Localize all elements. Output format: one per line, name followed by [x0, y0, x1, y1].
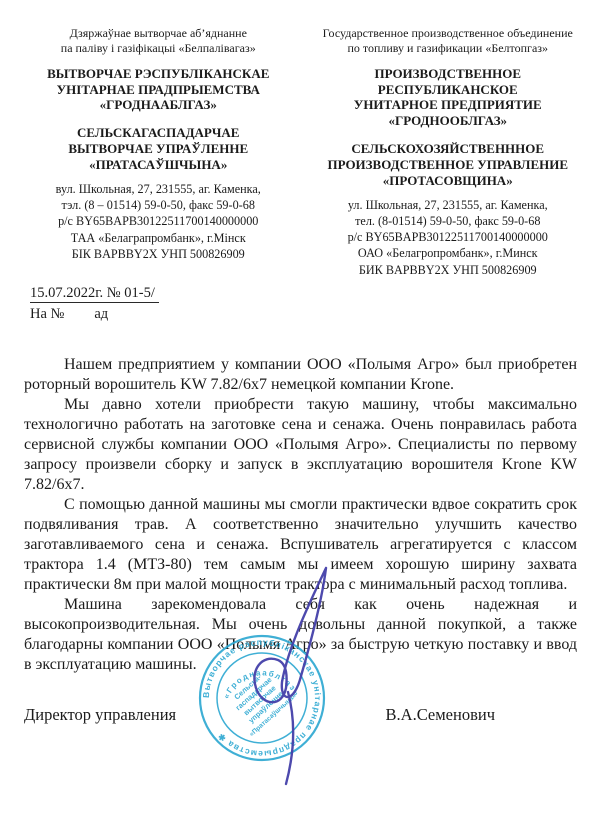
address-line: БИК BAPBBY2X УНП 500826909	[307, 262, 590, 278]
address-line: БІК BAPBBY2X УНП 500826909	[26, 246, 291, 262]
address-line: р/с BY65BAPB30122511700140000000	[307, 229, 590, 245]
letterhead: Дзяржаўнае вытворчае аб’яднанне па палів…	[0, 0, 605, 278]
division-line: ПРОИЗВОДСТВЕННОЕ УПРАВЛЕНИЕ	[307, 157, 590, 173]
address-line: ТАА «Белаграпромбанк», г.Мінск	[26, 230, 291, 246]
signoff-row: Директор управления В.А.Семенович	[24, 705, 577, 725]
division-line: СЕЛЬСКАГАСПАДАРЧАЕ	[26, 125, 291, 141]
reply-suffix: ад	[94, 306, 108, 322]
body-paragraph: Нашем предприятием у компании ООО «Полым…	[24, 355, 577, 395]
body-paragraph: Мы давно хотели приобрести такую машину,…	[24, 395, 577, 495]
address-line: ОАО «Белагропромбанк», г.Минск	[307, 245, 590, 261]
division-line: «ПРАТАСАЎШЧЫНА»	[26, 157, 291, 173]
parent-authority-belarusian: Дзяржаўнае вытворчае аб’яднанне па палів…	[26, 26, 291, 57]
address-line: тел. (8-01514) 59-0-50, факс 59-0-68	[307, 213, 590, 229]
address-line: ул. Школьная, 27, 231555, аг. Каменка,	[307, 197, 590, 213]
letterhead-left-column: Дзяржаўнае вытворчае аб’яднанне па палів…	[0, 26, 303, 278]
reply-prefix: На №	[30, 306, 64, 322]
organization-name-russian: ПРОИЗВОДСТВЕННОЕ РЕСПУБЛИКАНСКОЕ УНИТАРН…	[307, 66, 590, 129]
reference-block: 15.07.2022г. № 01-5/ На №ад	[30, 284, 605, 323]
org-line: ПРОИЗВОДСТВЕННОЕ РЕСПУБЛИКАНСКОЕ	[307, 66, 590, 98]
letterhead-right-column: Государственное производственное объедин…	[303, 26, 605, 278]
contact-block-russian: ул. Школьная, 27, 231555, аг. Каменка, т…	[307, 197, 590, 278]
division-line: СЕЛЬСКОХОЗЯЙСТВЕНННОЕ	[307, 141, 590, 157]
scanned-letter-page: Дзяржаўнае вытворчае аб’яднанне па палів…	[0, 0, 605, 816]
address-line: вул. Школьная, 27, 231555, аг. Каменка,	[26, 181, 291, 197]
org-line: УНІТАРНАЕ ПРАДПРЫЕМСТВА	[26, 82, 291, 98]
authority-line: по топливу и газификации «Белтопгаз»	[307, 41, 590, 56]
address-line: р/с BY65BAPB30122511700140000000	[26, 213, 291, 229]
authority-line: па паліву і газіфікацыі «Белпалівагаз»	[26, 41, 291, 56]
reply-to-line: На №ад	[30, 305, 605, 323]
org-line: «ГРОДНООБЛГАЗ»	[307, 113, 590, 129]
org-line: «ГРОДНААБЛГАЗ»	[26, 97, 291, 113]
division-name-belarusian: СЕЛЬСКАГАСПАДАРЧАЕ ВЫТВОРЧАЕ УПРАЎЛЕННЕ …	[26, 125, 291, 173]
org-line: ВЫТВОРЧАЕ РЭСПУБЛІКАНСКАЕ	[26, 66, 291, 82]
division-name-russian: СЕЛЬСКОХОЗЯЙСТВЕНННОЕ ПРОИЗВОДСТВЕННОЕ У…	[307, 141, 590, 189]
organization-name-belarusian: ВЫТВОРЧАЕ РЭСПУБЛІКАНСКАЕ УНІТАРНАЕ ПРАД…	[26, 66, 291, 114]
body-paragraph: С помощью данной машины мы смогли практи…	[24, 495, 577, 595]
contact-block-belarusian: вул. Школьная, 27, 231555, аг. Каменка, …	[26, 181, 291, 262]
division-line: «ПРОТАСОВЩИНА»	[307, 173, 590, 189]
address-line: тэл. (8 – 01514) 59-0-50, факс 59-0-68	[26, 197, 291, 213]
signer-name: В.А.Семенович	[386, 705, 495, 725]
division-line: ВЫТВОРЧАЕ УПРАЎЛЕННЕ	[26, 141, 291, 157]
date-and-outgoing-number: 15.07.2022г. № 01-5/	[30, 284, 159, 303]
parent-authority-russian: Государственное производственное объедин…	[307, 26, 590, 57]
round-stamp: Вытворчае рэспубліканскае унітарнае прад…	[187, 623, 337, 773]
authority-line: Государственное производственное объедин…	[307, 26, 590, 41]
authority-line: Дзяржаўнае вытворчае аб’яднанне	[26, 26, 291, 41]
org-line: УНИТАРНОЕ ПРЕДПРИЯТИЕ	[307, 97, 590, 113]
signer-title: Директор управления	[24, 705, 176, 725]
